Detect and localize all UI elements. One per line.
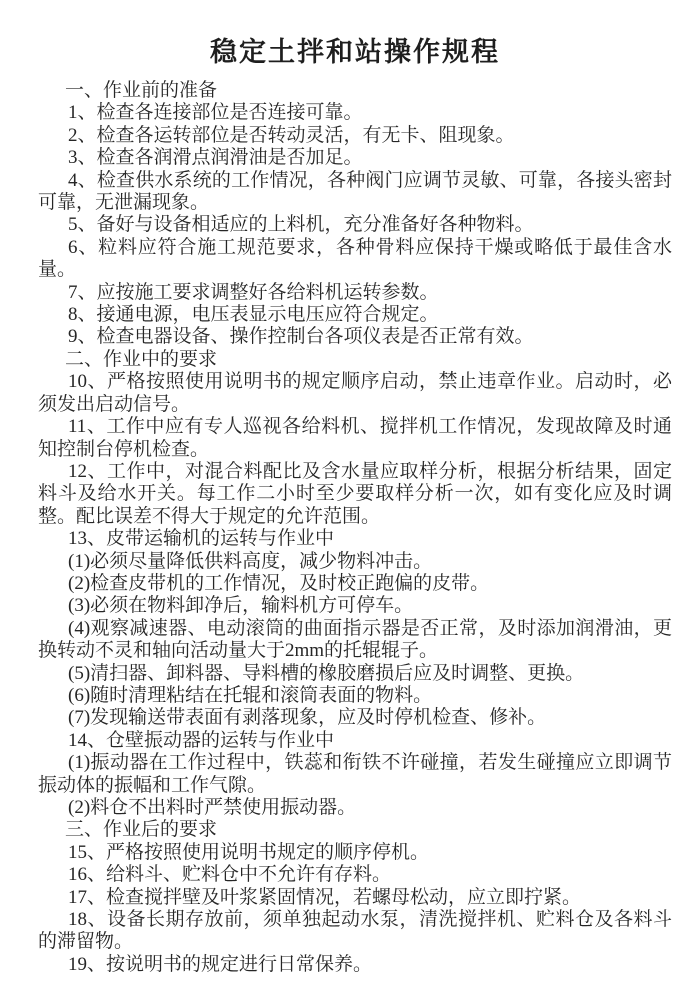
list-item: 2、检查各运转部位是否转动灵活，有无卡、阻现象。 (38, 125, 672, 147)
section-heading: 二、作业中的要求 (38, 349, 672, 371)
section-heading: 一、作业前的准备 (38, 80, 672, 102)
list-item: (7)发现输送带表面有剥落现象，应及时停机检查、修补。 (38, 707, 672, 729)
list-item: 14、仓壁振动器的运转与作业中 (38, 730, 672, 752)
list-item: 16、给料斗、贮料仓中不允许有存料。 (38, 864, 672, 886)
list-item: (2)料仓不出料时严禁使用振动器。 (38, 797, 672, 819)
document-page: 稳定土拌和站操作规程 一、作业前的准备1、检查各连接部位是否连接可靠。2、检查各… (0, 0, 700, 989)
list-item: 1、检查各连接部位是否连接可靠。 (38, 102, 672, 124)
list-item: 15、严格按照使用说明书规定的顺序停机。 (38, 842, 672, 864)
list-item: 18、设备长期存放前，须单独起动水泵，清洗搅拌机、贮料仓及各料斗的滞留物。 (38, 909, 672, 954)
document-body: 一、作业前的准备1、检查各连接部位是否连接可靠。2、检查各运转部位是否转动灵活，… (38, 80, 672, 976)
list-item: (3)必须在物料卸净后，输料机方可停车。 (38, 595, 672, 617)
list-item: 4、检查供水系统的工作情况，各种阀门应调节灵敏、可靠，各接头密封可靠，无泄漏现象… (38, 170, 672, 215)
list-item: (1)必须尽量降低供料高度，减少物料冲击。 (38, 551, 672, 573)
list-item: 12、工作中，对混合料配比及含水量应取样分析，根据分析结果，固定料斗及给水开关。… (38, 461, 672, 528)
list-item: 19、按说明书的规定进行日常保养。 (38, 954, 672, 976)
list-item: 11、工作中应有专人巡视各给料机、搅拌机工作情况，发现故障及时通知控制台停机检查… (38, 416, 672, 461)
list-item: (1)振动器在工作过程中，铁蕊和衔铁不许碰撞，若发生碰撞应立即调节振动体的振幅和… (38, 752, 672, 797)
list-item: 10、严格按照使用说明书的规定顺序启动，禁止违章作业。启动时，必须发出启动信号。 (38, 371, 672, 416)
list-item: (4)观察减速器、电动滚筒的曲面指示器是否正常，及时添加润滑油，更换转动不灵和轴… (38, 618, 672, 663)
list-item: (2)检查皮带机的工作情况，及时校正跑偏的皮带。 (38, 573, 672, 595)
list-item: 3、检查各润滑点润滑油是否加足。 (38, 147, 672, 169)
list-item: 7、应按施工要求调整好各给料机运转参数。 (38, 282, 672, 304)
list-item: 8、接通电源，电压表显示电压应符合规定。 (38, 304, 672, 326)
list-item: 9、检查电器设备、操作控制台各项仪表是否正常有效。 (38, 326, 672, 348)
section-heading: 三、作业后的要求 (38, 819, 672, 841)
list-item: 17、检查搅拌壁及叶浆紧固情况，若螺母松动，应立即拧紧。 (38, 887, 672, 909)
list-item: 5、备好与设备相适应的上料机，充分准备好各种物料。 (38, 214, 672, 236)
list-item: (5)清扫器、卸料器、导料槽的橡胶磨损后应及时调整、更换。 (38, 663, 672, 685)
document-title: 稳定土拌和站操作规程 (38, 36, 672, 68)
list-item: (6)随时清理粘结在托辊和滚筒表面的物料。 (38, 685, 672, 707)
list-item: 6、粒料应符合施工规范要求，各种骨料应保持干燥或略低于最佳含水量。 (38, 237, 672, 282)
list-item: 13、皮带运输机的运转与作业中 (38, 528, 672, 550)
